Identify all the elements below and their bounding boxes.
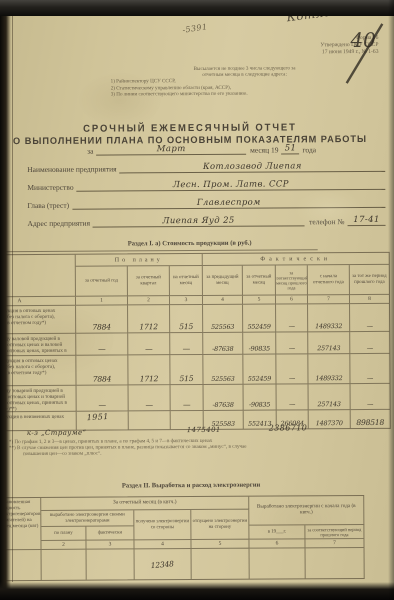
- t1-colnum: 1: [76, 296, 128, 305]
- t2-colnum: 3: [86, 540, 134, 549]
- t1-cell: -87638: [204, 385, 244, 411]
- t1-cell: 515: [170, 355, 203, 385]
- t1-cell: —: [276, 304, 308, 332]
- section1-heading: Раздел I. а) Стоимость продукции (в руб.…: [0, 239, 380, 248]
- t1-cell: -90835: [243, 333, 276, 355]
- t2-cell: [250, 548, 306, 578]
- t1-cell: 515: [170, 305, 203, 333]
- t1-group-fact: Фактически: [203, 253, 390, 266]
- report-period: за Март месяц 19 51 года: [87, 143, 319, 155]
- field-ministry: Министерство Лесн. Пром. Латв. ССР: [27, 179, 385, 192]
- handwritten-number: 40: [349, 28, 376, 52]
- t1-cell: 1489332: [308, 304, 350, 332]
- page-content: Котлозавод -5391 Форма 16 Утверждено ЦСУ…: [0, 0, 394, 600]
- handwritten-total-2: 2386710: [269, 423, 307, 432]
- book-binding-shadow: [0, 0, 11, 600]
- t2-colnum: 2: [41, 541, 86, 550]
- field-phone-label: телефон №: [304, 217, 347, 226]
- t1-subhead: с начала отчетного года: [308, 265, 350, 295]
- period-prefix: за: [87, 147, 96, 156]
- t2-group-month: За отчетный месяц (в квтч.): [41, 497, 249, 511]
- t2-cell: [306, 548, 365, 578]
- t1-cell: 1487370: [309, 410, 351, 428]
- footnotes: *) По графам 1, 2 и 3—в ценах, принятых …: [9, 437, 389, 458]
- t1-cell: —: [350, 354, 390, 384]
- field-enterprise-value: Котлозавод Лиепая: [120, 161, 386, 174]
- t2-cell-received-value: 12348: [135, 549, 192, 579]
- period-suffix: года: [299, 145, 319, 154]
- t2-col-fact: фактически: [86, 526, 134, 540]
- field-enterprise: Наименование предприятия Котлозавод Лиеп…: [27, 161, 385, 174]
- t1-cell: —: [170, 333, 203, 355]
- t1-cell: -90835: [244, 385, 277, 411]
- t2-col-year-current: в 19___г.: [249, 525, 305, 539]
- field-address: Адрес предприятия Лиепая Яуд 25 телефон …: [27, 215, 385, 228]
- t2-cell: [192, 549, 250, 579]
- t1-cell: 552459: [243, 305, 276, 333]
- period-month-value: Март: [96, 144, 246, 156]
- t1-cell: —: [350, 332, 390, 354]
- t1-cell: 257143: [308, 332, 350, 354]
- t1-cell: 552459: [243, 355, 276, 385]
- t2-colnum: 6: [249, 539, 305, 548]
- t1-group-plan: По плану: [76, 254, 203, 267]
- t1-subhead: за отчетный месяц: [243, 266, 276, 296]
- t1-cell: —: [276, 354, 308, 384]
- page-crease: [12, 16, 13, 582]
- t2-col-plan: по плану: [41, 527, 86, 541]
- t2-colnum: 7: [305, 539, 364, 548]
- handwritten-note: к-з „Страуме“: [27, 429, 87, 437]
- t1-subhead: за соответствующий месяц прошлого года: [276, 265, 308, 295]
- t1-subhead: на отчетный месяц: [170, 266, 203, 296]
- t1-cell: 1489332: [308, 354, 350, 384]
- handwritten-total-1: 1475401: [187, 426, 221, 434]
- section2-heading: Раздел II. Выработка и расход электроэне…: [1, 481, 381, 490]
- t2-col-year-prev: за соответствующий период прошлого года: [305, 525, 364, 539]
- pencil-mark: -5391: [182, 22, 208, 35]
- t1-cell: 1712: [128, 355, 170, 385]
- t1-colnum: 4: [203, 296, 243, 305]
- distribution-item: 3) По линии соответствующего министерств…: [103, 90, 387, 98]
- t2-col-given: отпущено электроэнергии на сторону: [191, 510, 249, 540]
- t1-colnum: 6: [276, 295, 308, 304]
- t1-colnum: 5: [243, 296, 276, 305]
- section1-table: По плану Фактически за отчетный год за о…: [0, 252, 391, 432]
- t1-cell: —: [129, 385, 171, 411]
- handwritten-year-overlay: 1951: [86, 412, 108, 422]
- t1-subhead: за отчетный год: [76, 266, 128, 296]
- t1-cell: —: [276, 332, 308, 354]
- t2-sub-own: выработано электроэнергии своими электро…: [41, 510, 134, 527]
- t1-cell: 1712: [128, 305, 170, 333]
- t1-cell: —: [350, 304, 390, 332]
- t1-cell: —: [351, 384, 391, 410]
- section2-table: Установленная мощность электрогенераторо…: [0, 495, 365, 581]
- t1-colnum: 3: [170, 296, 203, 305]
- t1-colnum: 8: [350, 295, 390, 304]
- t1-cell: -87638: [203, 333, 243, 355]
- t1-cell: [129, 411, 171, 429]
- t1-cell: —: [171, 385, 204, 411]
- t1-cell: —: [76, 333, 128, 355]
- page-edge-shadow: [388, 0, 394, 600]
- t1-subhead: за тот же период прошлого года: [350, 265, 390, 295]
- field-ministry-value: Лесн. Пром. Латв. ССР: [77, 179, 386, 192]
- distribution-block: Высылается не позднее 3 числа следующего…: [103, 65, 387, 98]
- period-year-value: 51: [281, 143, 299, 154]
- field-trust-value: Главлеспром: [72, 197, 385, 210]
- background-bottom: [0, 582, 394, 600]
- footnote-2b: повышения цен—со знаком „плюс“.: [9, 449, 389, 458]
- t1-cell: 525563: [203, 355, 243, 385]
- t2-cell: [87, 549, 135, 579]
- report-title-line1: СРОЧНЫЙ ЕЖЕМЕСЯЧНЫЙ ОТЧЕТ: [10, 122, 369, 135]
- t2-cell: [42, 550, 87, 580]
- t2-colnum: 5: [191, 540, 249, 549]
- field-address-label: Адрес предприятия: [28, 219, 94, 228]
- t1-subhead: за предыдущий месяц: [203, 266, 243, 296]
- field-ministry-label: Министерство: [27, 183, 76, 192]
- background-top: [0, 0, 394, 16]
- period-mid: месяц 19: [246, 145, 281, 154]
- field-address-value: Лиепая Яуд 25: [93, 215, 304, 227]
- t1-cell: 898518: [351, 410, 391, 428]
- scanned-report-photo: Котлозавод -5391 Форма 16 Утверждено ЦСУ…: [0, 0, 394, 600]
- t1-cell: 257143: [309, 384, 351, 410]
- t2-colnum: 4: [134, 540, 191, 549]
- t1-cell: —: [277, 384, 309, 410]
- t1-cell: 7884: [76, 305, 128, 333]
- t1-subhead: за отчетный квартал: [128, 266, 170, 296]
- t1-cell: —: [128, 333, 170, 355]
- field-trust: Глава (трест) Главлеспром: [27, 197, 385, 210]
- field-trust-label: Глава (трест): [27, 201, 72, 210]
- t1-cell: 7884: [76, 355, 128, 385]
- field-enterprise-label: Наименование предприятия: [27, 164, 119, 174]
- t2-col-received: получено электроэнергии со стороны: [134, 510, 191, 540]
- field-phone-value: 17-41: [347, 215, 385, 226]
- t1-cell: —: [77, 385, 129, 411]
- t1-cell: 525563: [203, 305, 243, 333]
- t1-colnum: 7: [308, 295, 350, 304]
- t1-colnum: 2: [128, 296, 170, 305]
- t2-group-year: Выработано электроэнергии с начала года …: [249, 496, 364, 526]
